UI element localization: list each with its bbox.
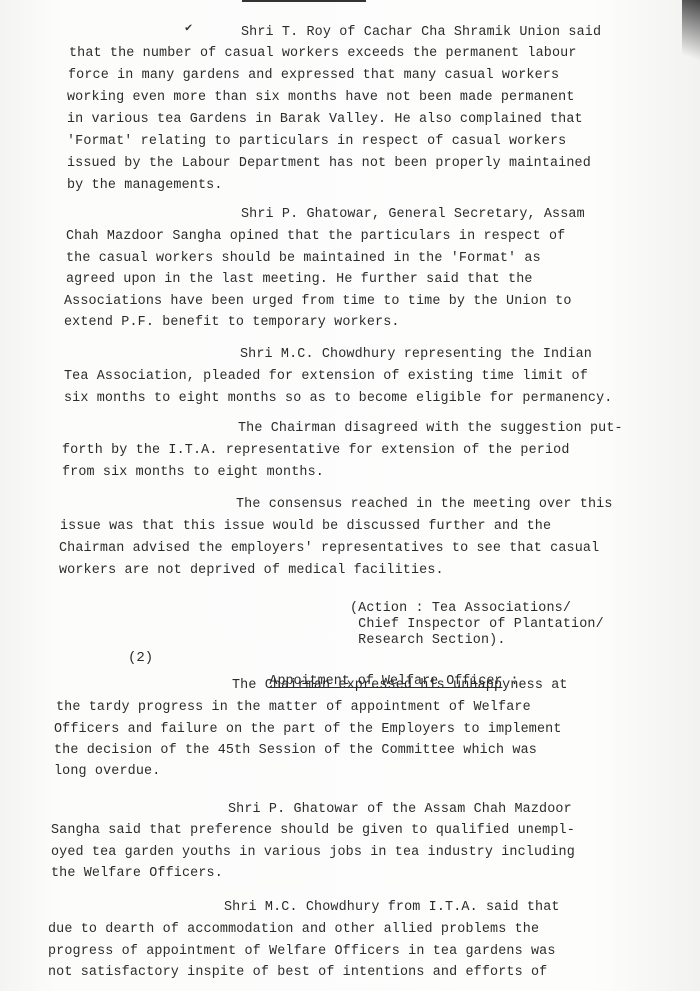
text-line: by the managements. [67,177,223,195]
text-line: in various tea Gardens in Barak Valley. … [67,111,583,129]
text-line: oyed tea garden youths in various jobs i… [51,844,575,862]
text-line: Tea Association, pleaded for extension o… [64,368,588,386]
text-line: Shri M.C. Chowdhury from I.T.A. said tha… [224,899,560,917]
top-rule [242,0,366,2]
text-line: not satisfactory inspite of best of inte… [48,964,547,982]
pen-mark-icon: ✔ [185,20,192,35]
scan-edge-shadow [682,0,700,70]
text-line: Sangha said that preference should be gi… [51,822,575,840]
text-line: the casual workers should be maintained … [66,250,541,268]
text-line: force in many gardens and expressed that… [68,67,559,85]
text-line: Research Section). [350,632,506,650]
text-line: Shri P. Ghatowar, General Secretary, Ass… [241,206,585,224]
text-line: long overdue. [54,763,160,781]
text-line: Shri T. Roy of Cachar Cha Shramik Union … [241,24,601,42]
text-line: working even more than six months have n… [67,89,575,107]
text-line: due to dearth of accommodation and other… [48,921,539,939]
text-line: Shri M.C. Chowdhury representing the Ind… [240,346,592,364]
text-line: Chah Mazdoor Sangha opined that the part… [66,228,565,246]
text-line: the tardy progress in the matter of appo… [56,699,531,717]
text-line: progress of appointment of Welfare Offic… [48,943,556,961]
text-line: Chairman advised the employers' represen… [59,540,599,558]
text-line: The consensus reached in the meeting ove… [236,496,613,514]
text-line: the decision of the 45th Session of the … [54,742,537,760]
text-line: extend P.F. benefit to temporary workers… [64,314,400,332]
text-line: Associations have been urged from time t… [64,293,572,311]
document-page: ✔ Shri T. Roy of Cachar Cha Shramik Unio… [0,0,700,991]
section-number: (2) [128,650,153,666]
text-line: The Chairman disagreed with the suggesti… [238,420,623,438]
text-line: issue was that this issue would be discu… [60,518,551,536]
text-line: that the number of casual workers exceed… [69,45,577,63]
text-line: Shri P. Ghatowar of the Assam Chah Mazdo… [228,801,572,819]
text-line: from six months to eight months. [62,464,324,482]
text-line: The Chairman expressed his unhappyness a… [232,677,568,695]
text-line: six months to eight months so as to beco… [64,390,612,408]
text-line: agreed upon in the last meeting. He furt… [66,271,533,289]
text-line: forth by the I.T.A. representative for e… [62,442,570,460]
text-line: Officers and failure on the part of the … [54,721,562,739]
text-line: 'Format' relating to particulars in resp… [67,133,566,151]
text-line: workers are not deprived of medical faci… [59,562,444,580]
text-line: the Welfare Officers. [51,865,223,883]
text-line: issued by the Labour Department has not … [67,155,591,173]
